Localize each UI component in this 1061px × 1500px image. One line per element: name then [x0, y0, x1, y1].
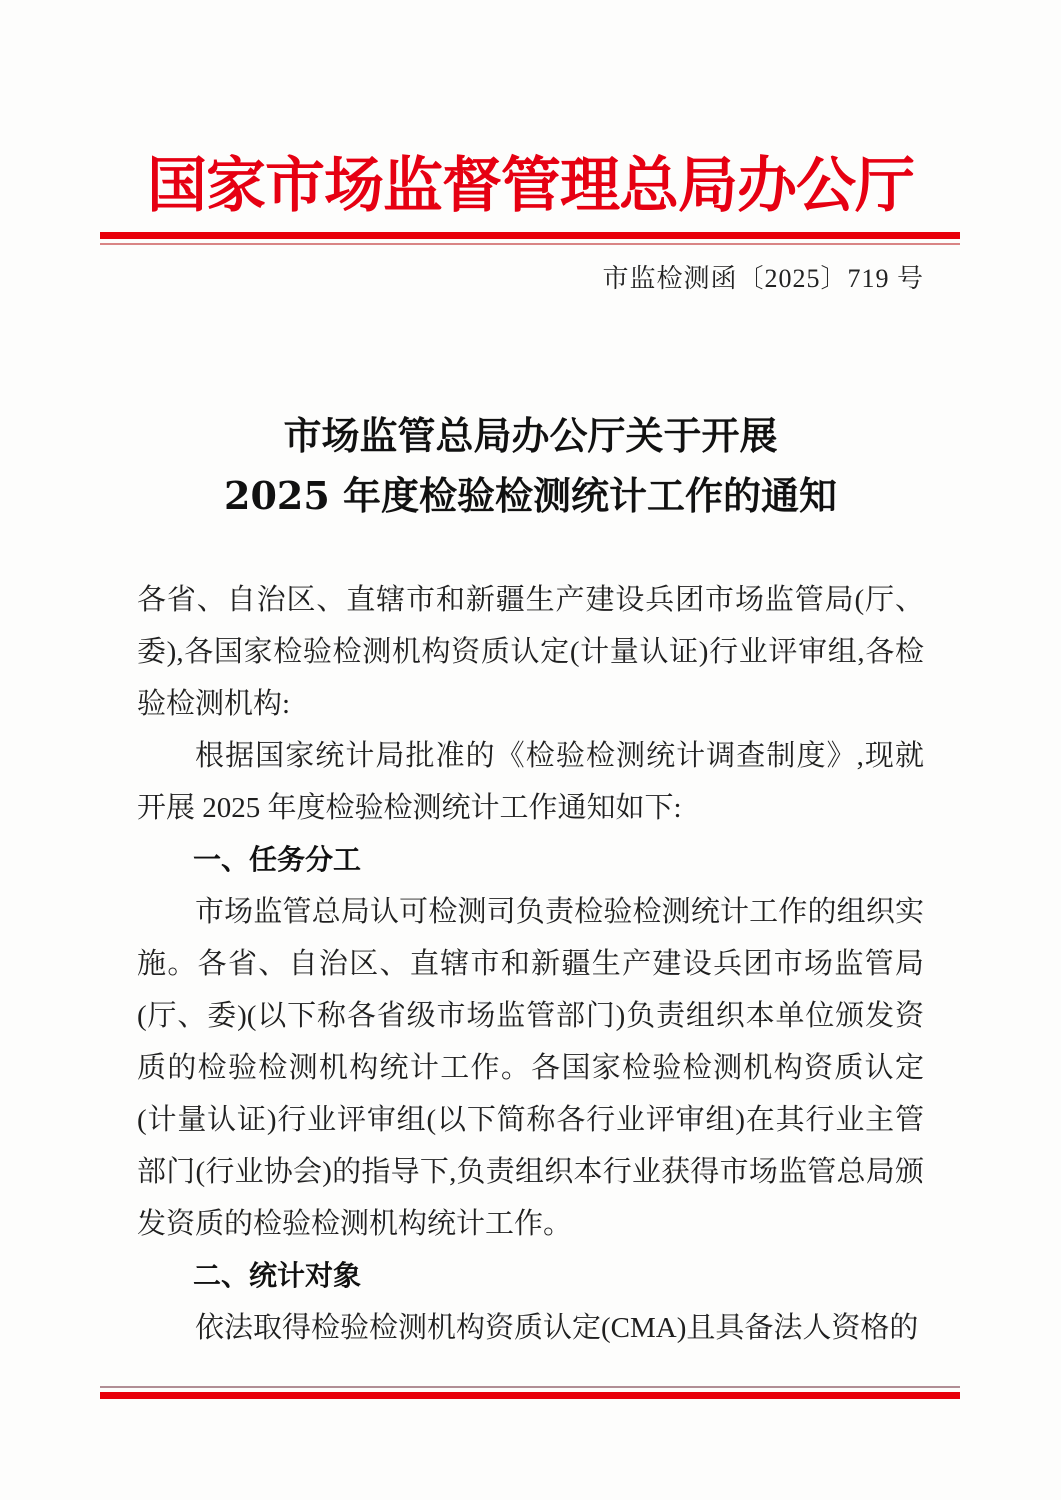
masthead-divider-thin-line [100, 243, 960, 245]
footer-divider-thin-line [100, 1386, 960, 1388]
salutation-paragraph: 各省、自治区、直辖市和新疆生产建设兵团市场监管局(厅、委),各国家检验检测机构资… [137, 574, 924, 730]
agency-masthead: 国家市场监督管理总局办公厅 [0, 138, 1061, 224]
section-2-paragraph: 依法取得检验检测机构资质认定(CMA)且具备法人资格的 [137, 1302, 924, 1354]
masthead-divider-thick-line [100, 232, 960, 239]
section-1-paragraph: 市场监管总局认可检测司负责检验检测统计工作的组织实施。各省、自治区、直辖市和新疆… [137, 886, 924, 1250]
masthead-divider [100, 232, 960, 245]
official-document-page: 国家市场监督管理总局办公厅 市监检测函〔2025〕719 号 市场监管总局办公厅… [0, 0, 1061, 1500]
footer-divider [100, 1386, 960, 1399]
footer-divider-thick-line [100, 1392, 960, 1399]
section-2-heading: 二、统计对象 [137, 1250, 924, 1302]
document-title-line-2: 2025 年度检验检测统计工作的通知 [80, 466, 981, 526]
section-1-heading: 一、任务分工 [137, 834, 924, 886]
intro-paragraph: 根据国家统计局批准的《检验检测统计调查制度》,现就开展 2025 年度检验检测统… [137, 730, 924, 834]
document-title-line-1: 市场监管总局办公厅关于开展 [80, 406, 981, 466]
document-title: 市场监管总局办公厅关于开展 2025 年度检验检测统计工作的通知 [80, 406, 981, 526]
document-number: 市监检测函〔2025〕719 号 [602, 258, 924, 295]
document-body: 各省、自治区、直辖市和新疆生产建设兵团市场监管局(厅、委),各国家检验检测机构资… [137, 574, 924, 1354]
